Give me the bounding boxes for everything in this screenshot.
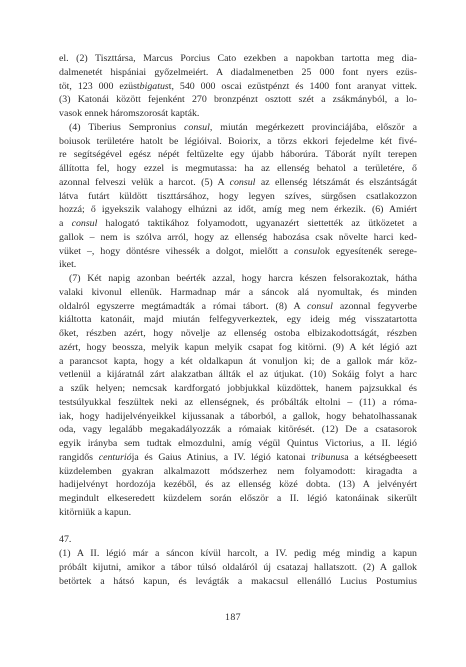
paragraph: (4) Tiberius Sempronius consul, miután m…	[59, 121, 417, 272]
text-segment: töt, 123 000 ezüst	[59, 81, 140, 92]
section-number: 47.	[59, 533, 417, 547]
text-segment: őket, részben azért, hogy növelje az ell…	[59, 328, 417, 339]
text-line: vüket –, hogy döntésre vihessék a dolgot…	[59, 245, 417, 259]
text-segment: rangidős	[59, 452, 99, 463]
text-segment: hadijelvényt hordozója kezéből, és az el…	[59, 479, 417, 490]
text-line: a parancsot kapta, hogy a két oldalkapun…	[59, 355, 417, 369]
text-segment: el. (2) Tiszttársa, Marcus Porcius Cato …	[59, 53, 417, 64]
text-line: oldalról egyszerre megtámadták a római t…	[59, 300, 417, 314]
text-segment: a	[59, 218, 72, 229]
text-segment: egyik irányba sem tudtak elmozdulni, amí…	[59, 438, 417, 449]
text-segment: próbált kijutni, amikor a tábor túlsó ol…	[59, 562, 417, 573]
text-line: dalmenetét hispániai győzelmeiért. A dia…	[59, 66, 417, 80]
text-line: vetlenül a kijáratnál zárt alakzatban ál…	[59, 368, 417, 382]
latin-term: centurió	[99, 452, 132, 463]
text-line: egyik irányba sem tudtak elmozdulni, amí…	[59, 437, 417, 451]
text-line: betörtek a hátsó kapun, és levágták a ma…	[59, 575, 417, 589]
text-line: a szűk helyen; nemcsak kardforgató jobbj…	[59, 382, 417, 396]
page-content: el. (2) Tiszttársa, Marcus Porcius Cato …	[59, 52, 417, 588]
latin-term: consul	[184, 122, 210, 133]
text-segment: gallok – nem is szólva arról, hogy az el…	[59, 232, 417, 243]
page-number: 187	[0, 612, 466, 623]
text-segment: valaki kivonul ellenük. Harmadnap már a …	[59, 287, 417, 298]
text-segment: betörtek a hátsó kapun, és levágták a ma…	[59, 576, 417, 587]
text-line: állította fel, hogy ezzel is megmutassa:…	[59, 162, 417, 176]
text-line: próbált kijutni, amikor a tábor túlsó ol…	[59, 561, 417, 575]
text-segment: a a kétségbeesett	[344, 452, 417, 463]
text-segment: kiáltotta katonáit, majd miután felfegyv…	[59, 314, 417, 325]
text-segment: iak, hogy hadijelvényeikkel kijussanak a…	[59, 411, 417, 422]
text-line: re segítségével egész népét feltüzelte e…	[59, 148, 417, 162]
text-segment: t, 540 000 oscai ezüstpénzt és 1400 font…	[169, 81, 417, 92]
text-segment: (7) Két napig azonban beérték azzal, hog…	[69, 273, 417, 284]
text-segment: az ellenség létszámát és elszántságát	[255, 177, 417, 188]
text-segment: a parancsot kapta, hogy a két oldalkapun…	[59, 356, 417, 367]
latin-term: consul	[72, 218, 98, 229]
text-line: testsúlyukkal feszültek neki az ellenség…	[59, 396, 417, 410]
text-segment: azonnal fegyverbe	[333, 301, 417, 312]
text-line: azonnal felveszi velük a harcot. (5) A c…	[59, 176, 417, 190]
text-line: (3) Katonái között fejenként 270 bronzpé…	[59, 93, 417, 107]
text-segment: küzdelemben gyakran alkalmazott módszerh…	[59, 466, 417, 477]
text-segment: vasok ennek háromszorosát kapták.	[59, 108, 199, 119]
text-line: töt, 123 000 ezüstbigatust, 540 000 osca…	[59, 80, 417, 94]
text-segment: a szűk helyen; nemcsak kardforgató jobbj…	[59, 383, 417, 394]
text-line: vasok ennek háromszorosát kapták.	[59, 107, 417, 121]
text-segment: azért, hogy beossza, melyik kapun melyik…	[59, 342, 417, 353]
text-line: látva futárt küldött tiszttársához, hogy…	[59, 190, 417, 204]
text-line: valaki kivonul ellenük. Harmadnap már a …	[59, 286, 417, 300]
text-segment: oda, vagy legalább megakadályozzák a róm…	[59, 424, 417, 435]
text-segment: (3) Katonái között fejenként 270 bronzpé…	[59, 94, 417, 105]
text-segment: állította fel, hogy ezzel is megmutassa:…	[59, 163, 417, 174]
text-segment: (4) Tiberius Sempronius	[69, 122, 184, 133]
latin-term: bigatus	[140, 81, 169, 92]
text-line: őket, részben azért, hogy növelje az ell…	[59, 327, 417, 341]
paragraph: el. (2) Tiszttársa, Marcus Porcius Cato …	[59, 52, 417, 121]
text-segment: testsúlyukkal feszültek neki az ellenség…	[59, 397, 417, 408]
text-line: iak, hogy hadijelvényeikkel kijussanak a…	[59, 410, 417, 424]
text-line: azért, hogy beossza, melyik kapun melyik…	[59, 341, 417, 355]
text-line: rangidős centuriója és Gaius Atinius, a …	[59, 451, 417, 465]
text-segment: boiusok területére hatolt be légióival. …	[59, 136, 417, 147]
text-line: a consul halogató taktikához folyamodott…	[59, 217, 417, 231]
text-line: iket.	[59, 258, 417, 272]
text-line: hadijelvényt hordozója kezéből, és az el…	[59, 478, 417, 492]
text-segment: vüket –, hogy döntésre vihessék a dolgot…	[59, 246, 294, 257]
paragraph: (7) Két napig azonban beérték azzal, hog…	[59, 272, 417, 520]
text-line: gallok – nem is szólva arról, hogy az el…	[59, 231, 417, 245]
text-segment: hozzá; ő igyekszik valahogy elhúzni az i…	[59, 204, 417, 215]
text-line: el. (2) Tiszttársa, Marcus Porcius Cato …	[59, 52, 417, 66]
latin-term: consul	[307, 301, 333, 312]
text-line: kitörniük a kapun.	[59, 506, 417, 520]
text-segment: halogató taktikához folyamodott, ugyanaz…	[97, 218, 417, 229]
text-segment: megindult elkeseredett küzdelem során el…	[59, 493, 417, 504]
text-line: (7) Két napig azonban beérték azzal, hog…	[59, 272, 417, 286]
text-segment: , miután megérkezett provinciájába, elős…	[210, 122, 417, 133]
text-line: hozzá; ő igyekszik valahogy elhúzni az i…	[59, 203, 417, 217]
paragraph: (1) A II. légió már a sáncon kívül harco…	[59, 547, 417, 588]
text-line: (4) Tiberius Sempronius consul, miután m…	[59, 121, 417, 135]
text-segment: re segítségével egész népét feltüzelte e…	[59, 149, 417, 160]
book-page: el. (2) Tiszttársa, Marcus Porcius Cato …	[0, 0, 466, 667]
text-line: kiáltotta katonáit, majd miután felfegyv…	[59, 313, 417, 327]
text-segment: (1) A II. légió már a sáncon kívül harco…	[59, 548, 417, 559]
text-segment: kitörniük a kapun.	[59, 507, 131, 518]
text-line: (1) A II. légió már a sáncon kívül harco…	[59, 547, 417, 561]
text-segment: dalmenetét hispániai győzelmeiért. A dia…	[59, 67, 417, 78]
text-segment: azonnal felveszi velük a harcot. (5) A	[59, 177, 230, 188]
text-segment: vetlenül a kijáratnál zárt alakzatban ál…	[59, 369, 417, 380]
text-segment: látva futárt küldött tiszttársához, hogy…	[59, 191, 417, 202]
latin-term: consul	[294, 246, 320, 257]
text-line: boiusok területére hatolt be légióival. …	[59, 135, 417, 149]
text-line: oda, vagy legalább megakadályozzák a róm…	[59, 423, 417, 437]
text-segment: ja és Gaius Atinius, a IV. légió katonai	[132, 452, 312, 463]
text-line: megindult elkeseredett küzdelem során el…	[59, 492, 417, 506]
latin-term: consul	[230, 177, 256, 188]
text-segment: oldalról egyszerre megtámadták a római t…	[59, 301, 307, 312]
latin-term: tribunus	[311, 452, 344, 463]
text-line: küzdelemben gyakran alkalmazott módszerh…	[59, 465, 417, 479]
text-segment: ok egyesítenék serege-	[320, 246, 417, 257]
text-segment: iket.	[59, 259, 76, 270]
